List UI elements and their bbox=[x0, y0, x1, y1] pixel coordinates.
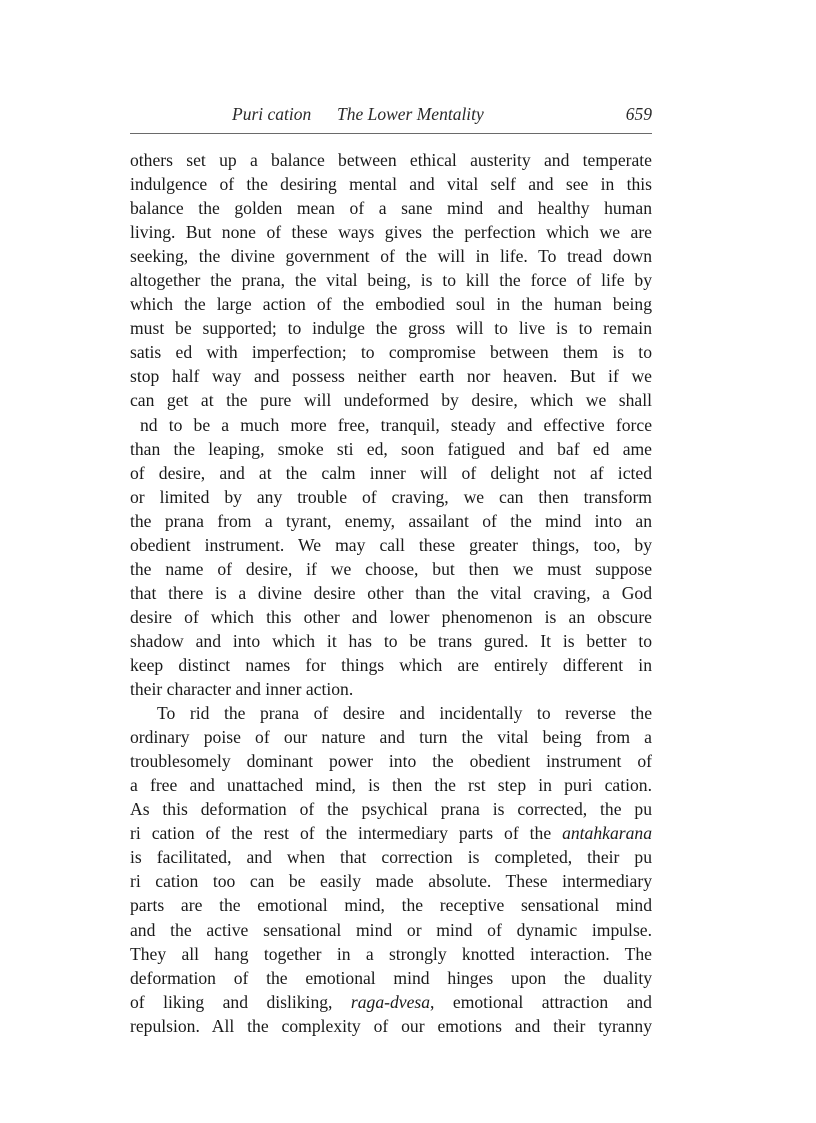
text-line: of desire, and at the calm inner will of… bbox=[130, 461, 652, 485]
line-text: , emotional attraction and bbox=[430, 992, 652, 1012]
text-line: than the leaping, smoke sti ed, soon fat… bbox=[130, 437, 652, 461]
text-line: keep distinct names for things which are… bbox=[130, 653, 652, 677]
text-line: that there is a divine desire other than… bbox=[130, 581, 652, 605]
line-text: ri cation of the rest of the intermediar… bbox=[130, 823, 562, 843]
text-line: stop half way and possess neither earth … bbox=[130, 364, 652, 388]
text-line: the name of desire, if we choose, but th… bbox=[130, 557, 652, 581]
text-line: ri cation too can be easily made absolut… bbox=[130, 869, 652, 893]
text-line: desire of which this other and lower phe… bbox=[130, 605, 652, 629]
text-line: is facilitated, and when that correction… bbox=[130, 845, 652, 869]
text-line: shadow and into which it has to be trans… bbox=[130, 629, 652, 653]
page-number: 659 bbox=[626, 104, 652, 125]
text-line: nd to be a much more free, tranquil, ste… bbox=[130, 413, 652, 437]
text-line: or limited by any trouble of craving, we… bbox=[130, 485, 652, 509]
text-line: indulgence of the desiring mental and vi… bbox=[130, 172, 652, 196]
text-line: of liking and disliking, raga-dvesa, emo… bbox=[130, 990, 652, 1014]
text-line: ordinary poise of our nature and turn th… bbox=[130, 725, 652, 749]
paragraph-start-line: To rid the prana of desire and incidenta… bbox=[130, 701, 652, 725]
text-line: troublesomely dominant power into the ob… bbox=[130, 749, 652, 773]
text-line: obedient instrument. We may call these g… bbox=[130, 533, 652, 557]
text-line: living. But none of these ways gives the… bbox=[130, 220, 652, 244]
text-line: a free and unattached mind, is then the … bbox=[130, 773, 652, 797]
body-text: others set up a balance between ethical … bbox=[130, 148, 652, 1038]
text-line: others set up a balance between ethical … bbox=[130, 148, 652, 172]
text-line: repulsion. All the complexity of our emo… bbox=[130, 1014, 652, 1038]
text-line: satis ed with imperfection; to compromis… bbox=[130, 340, 652, 364]
text-line: seeking, the divine government of the wi… bbox=[130, 244, 652, 268]
text-line: can get at the pure will undeformed by d… bbox=[130, 388, 652, 412]
text-line: deformation of the emotional mind hinges… bbox=[130, 966, 652, 990]
text-line: altogether the prana, the vital being, i… bbox=[130, 268, 652, 292]
text-line: As this deformation of the psychical pra… bbox=[130, 797, 652, 821]
chapter-title: Puri cation bbox=[232, 104, 311, 125]
text-line: parts are the emotional mind, the recept… bbox=[130, 893, 652, 917]
text-line: the prana from a tyrant, enemy, assailan… bbox=[130, 509, 652, 533]
italic-term: antahkarana bbox=[562, 823, 652, 843]
text-line: which the large action of the embodied s… bbox=[130, 292, 652, 316]
text-line: must be supported; to indulge the gross … bbox=[130, 316, 652, 340]
text-line: balance the golden mean of a sane mind a… bbox=[130, 196, 652, 220]
section-title: The Lower Mentality bbox=[337, 104, 484, 125]
running-header: Puri cation The Lower Mentality 659 bbox=[130, 104, 652, 126]
text-line: They all hang together in a strongly kno… bbox=[130, 942, 652, 966]
line-text: of liking and disliking, bbox=[130, 992, 351, 1012]
paragraph-end-line: their character and inner action. bbox=[130, 677, 652, 701]
italic-term: raga-dvesa bbox=[351, 992, 430, 1012]
header-rule bbox=[130, 133, 652, 134]
text-line: and the active sensational mind or mind … bbox=[130, 918, 652, 942]
text-line: ri cation of the rest of the intermediar… bbox=[130, 821, 652, 845]
